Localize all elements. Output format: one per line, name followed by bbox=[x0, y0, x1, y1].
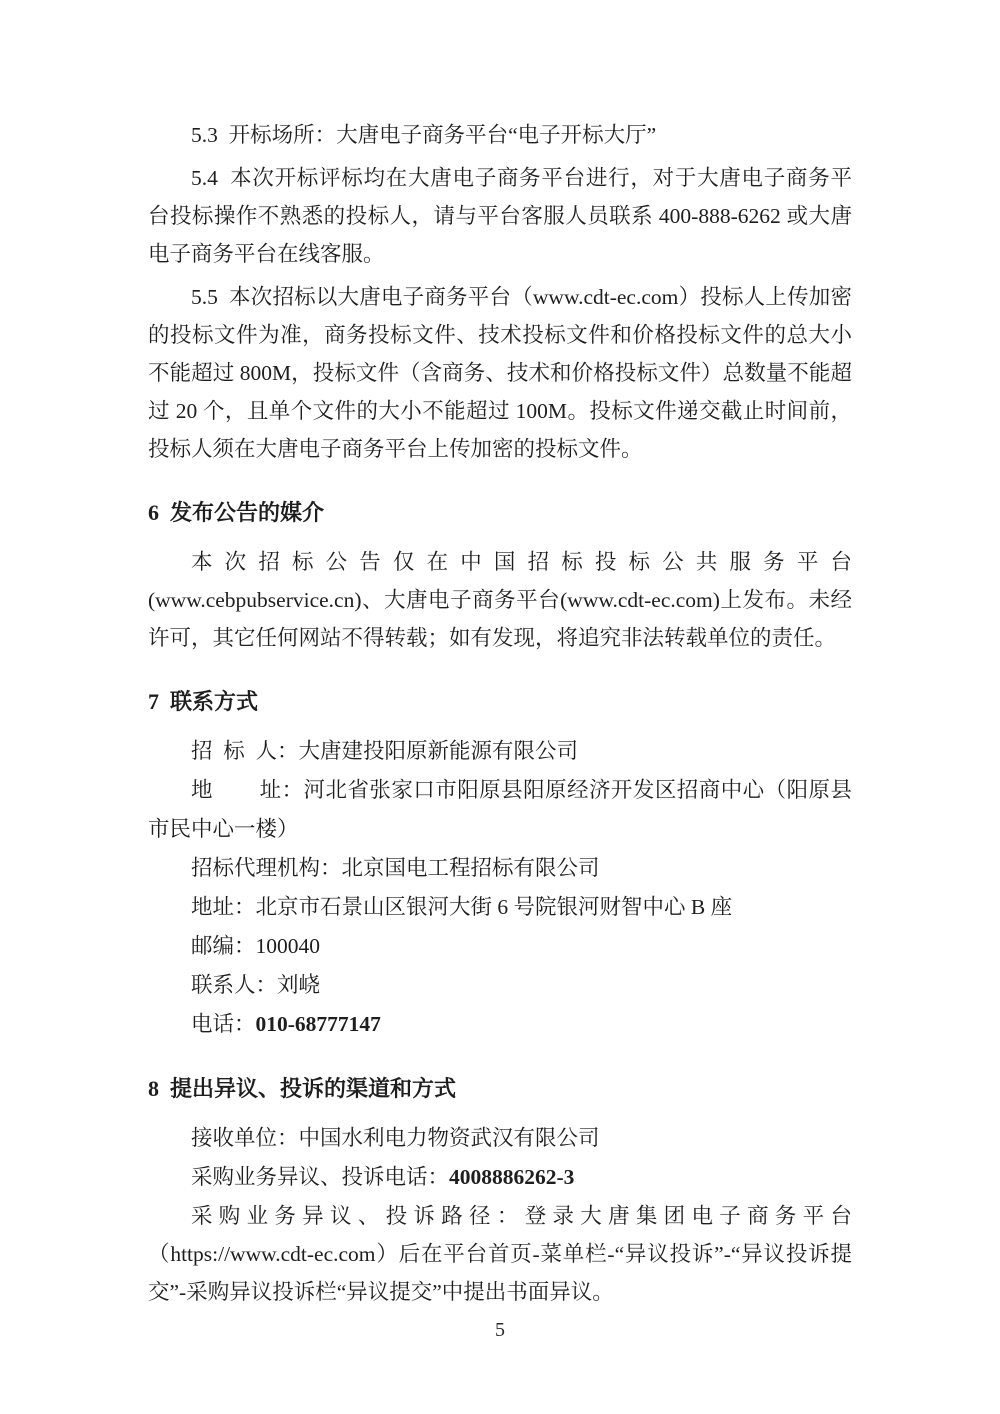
page-number: 5 bbox=[0, 1318, 1000, 1342]
complaint-phone-label: 采购业务异议、投诉电话： bbox=[191, 1165, 449, 1189]
agency-address-line: 地址：北京市石景山区银河大街 6 号院银河财智中心 B 座 bbox=[148, 888, 852, 927]
phone-line: 电话：010-68777147 bbox=[148, 1005, 852, 1044]
document-page: 5.3 开标场所：大唐电子商务平台“电子开标大厅” 5.4 本次开标评标均在大唐… bbox=[0, 0, 1000, 1414]
section-6-body: 本次招标公告仅在中国招标投标公共服务平台(www.cebpubservice.c… bbox=[148, 543, 852, 657]
paragraph-5-3: 5.3 开标场所：大唐电子商务平台“电子开标大厅” bbox=[148, 116, 852, 154]
paragraph-5-4: 5.4 本次开标评标均在大唐电子商务平台进行，对于大唐电子商务平台投标操作不熟悉… bbox=[148, 159, 852, 273]
complaint-path-paragraph: 采购业务异议、投诉路径：登录大唐集团电子商务平台（https://www.cdt… bbox=[148, 1197, 852, 1311]
tenderer-line: 招 标 人：大唐建投阳原新能源有限公司 bbox=[148, 732, 852, 771]
section-6-heading: 6 发布公告的媒介 bbox=[148, 494, 852, 532]
phone-label: 电话： bbox=[191, 1012, 256, 1036]
contact-person-line: 联系人：刘峣 bbox=[148, 966, 852, 1005]
postcode-line: 邮编：100040 bbox=[148, 927, 852, 966]
phone-value: 010-68777147 bbox=[256, 1012, 381, 1036]
section-7-heading: 7 联系方式 bbox=[148, 683, 852, 721]
paragraph-5-5: 5.5 本次招标以大唐电子商务平台（www.cdt-ec.com）投标人上传加密… bbox=[148, 278, 852, 468]
tenderer-address-line: 地 址：河北省张家口市阳原县阳原经济开发区招商中心（阳原县市民中心一楼） bbox=[148, 771, 852, 849]
receiver-line: 接收单位：中国水利电力物资武汉有限公司 bbox=[148, 1119, 852, 1158]
complaint-phone-line: 采购业务异议、投诉电话：4008886262-3 bbox=[148, 1158, 852, 1197]
section-8-heading: 8 提出异议、投诉的渠道和方式 bbox=[148, 1070, 852, 1108]
agency-line: 招标代理机构：北京国电工程招标有限公司 bbox=[148, 849, 852, 888]
complaint-phone-value: 4008886262-3 bbox=[449, 1165, 574, 1189]
